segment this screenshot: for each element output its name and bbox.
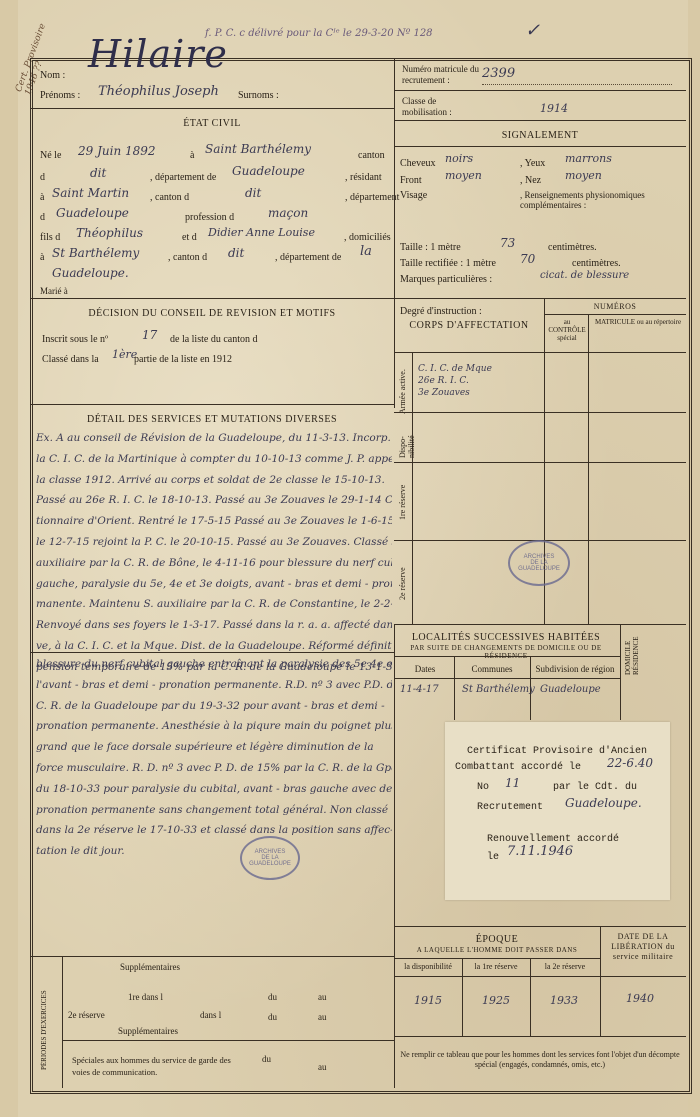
prenoms-label: Prénoms : (40, 90, 80, 101)
matricule-value: 2399 (482, 66, 515, 81)
birth-department: Guadeloupe (232, 164, 305, 178)
armee-entry-3: 3e Zouaves (418, 388, 470, 398)
localites-subtitle: PAR SUITE DE CHANGEMENTS DE DOMICILE OU … (394, 644, 618, 660)
liberation-title: DATE DE LA LIBÉRATION du service militai… (602, 932, 684, 962)
marques-value: cicat. de blessure (540, 270, 629, 281)
prenoms-value: Théophilus Joseph (98, 84, 219, 99)
liberation-year: 1940 (626, 992, 654, 1005)
disponibilite-year: 1915 (414, 994, 442, 1007)
mother-name: Didier Anne Louise (208, 226, 315, 239)
nom-label: Nom : (40, 70, 65, 81)
armee-entry-1: C. I. C. de Mque (418, 364, 492, 374)
archives-stamp-top: ARCHIVESDE LAGUADELOUPE (508, 540, 570, 586)
check-mark: ✓ (525, 20, 540, 41)
localite-subdivision: Guadeloupe (540, 684, 601, 695)
matricule-label: Numéro matricule du recrutement : (402, 64, 482, 86)
epoque-title: ÉPOQUE (394, 934, 600, 945)
speciales-label: Spéciales aux hommes du service de garde… (72, 1054, 242, 1078)
certificat-no: 11 (505, 776, 520, 790)
archives-stamp-bottom: ARCHIVESDE LAGUADELOUPE (240, 836, 300, 880)
surnoms-label: Surnoms : (238, 90, 279, 101)
inscrit-value: 17 (142, 328, 157, 342)
birth-place: Saint Barthélemy (205, 142, 311, 156)
exercices-side-label: PÉRIODES D'EXERCICES (40, 980, 48, 1070)
taille-value: 73 (500, 236, 515, 250)
details-text-continued: blessure du nerf cubital gauche entraîna… (36, 654, 392, 862)
corps-title: CORPS D'AFFECTATION (394, 320, 544, 331)
certificat-recrutement: Guadeloupe. (565, 796, 642, 810)
localite-commune: St Barthélemy (462, 684, 535, 695)
details-text: Ex. A au conseil de Révision de la Guade… (36, 428, 392, 678)
residence: Saint Martin (52, 186, 129, 200)
certificat-date: 22-6.40 (607, 756, 653, 770)
classe-label: Classe de mobilisation : (402, 96, 482, 118)
marie-label: Marié à (40, 286, 68, 296)
localites-title: LOCALITÉS SUCCESSIVES HABITÉES (394, 632, 618, 643)
numeros-title: NUMÉROS (544, 302, 686, 311)
armee-entry-2: 26e R. I. C. (418, 376, 469, 386)
birth-date: 29 Juin 1892 (78, 144, 156, 158)
classe-value: 1914 (540, 102, 568, 115)
epoque-subtitle: A LAQUELLE L'HOMME DOIT PASSER DANS (394, 946, 600, 954)
reserve1-year: 1925 (482, 994, 510, 1007)
certificat-card: Certificat Provisoire d'Ancien Combattan… (445, 722, 670, 900)
decision-title: DÉCISION DU CONSEIL DE REVISION ET MOTIF… (30, 308, 394, 319)
epoque-footnote: Ne remplir ce tableau que pour les homme… (400, 1050, 680, 1070)
signalement-title: SIGNALEMENT (394, 130, 686, 141)
localite-date: 11-4-17 (400, 684, 439, 695)
renouvellement-date: 7.11.1946 (507, 844, 573, 859)
reserve2-year: 1933 (550, 994, 578, 1007)
details-title: DÉTAIL DES SERVICES ET MUTATIONS DIVERSE… (30, 414, 394, 425)
nom-value: Hilaire (88, 32, 228, 76)
etat-civil-title: ÉTAT CIVIL (30, 118, 394, 129)
profession: maçon (268, 206, 308, 220)
father-name: Théophilus (76, 226, 143, 240)
top-annotation: f. P. C. c délivré pour la Cᴵᵉ le 29-3-2… (205, 28, 505, 39)
